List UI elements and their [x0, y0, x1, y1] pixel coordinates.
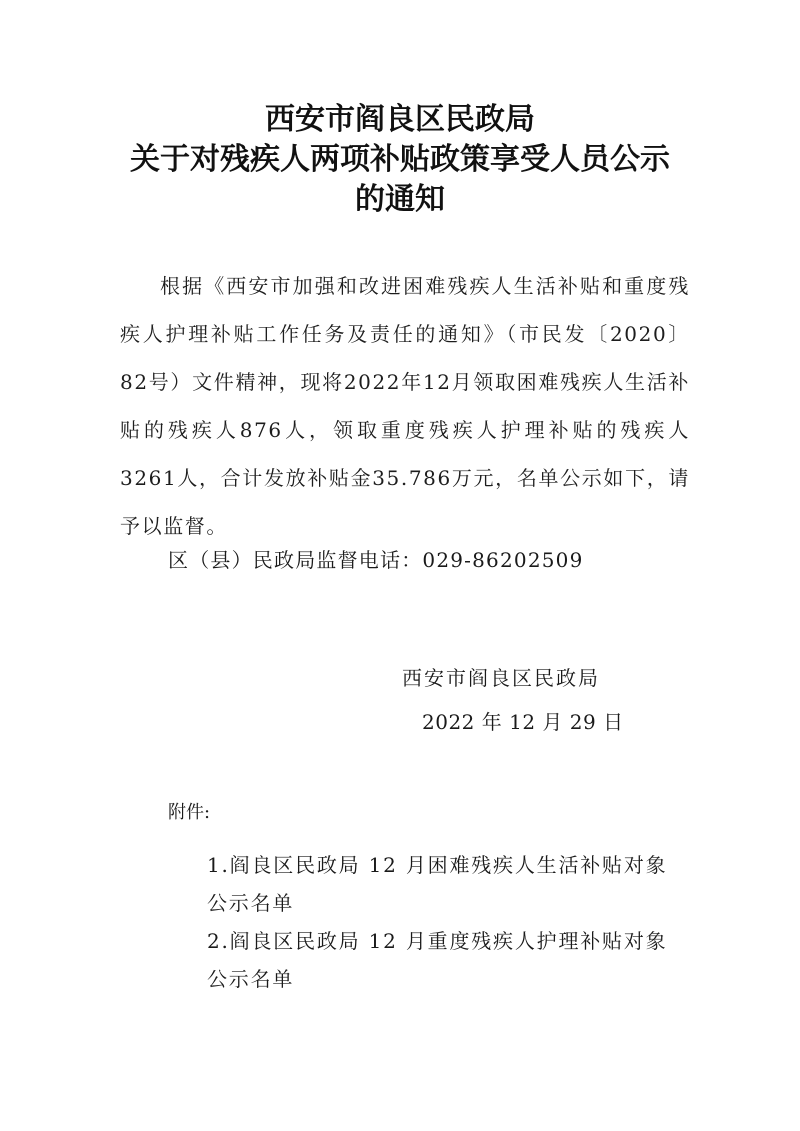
signature-block: 西安市阎良区民政局 2022 年 12 月 29 日	[402, 656, 624, 744]
title-line-suffix: 的通知	[0, 180, 800, 220]
document-body: 根据《西安市加强和改进困难残疾人生活补贴和重度残疾人护理补贴工作任务及责任的通知…	[120, 262, 690, 550]
attachments-label: 附件:	[168, 798, 210, 828]
title-line-subject: 关于对残疾人两项补贴政策享受人员公示	[0, 140, 800, 180]
signature-organization: 西安市阎良区民政局	[402, 656, 624, 700]
signature-date: 2022 年 12 月 29 日	[402, 700, 624, 744]
supervision-phone-line: 区（县）民政局监督电话：029-86202509	[168, 540, 584, 580]
attachment-item: 1.阎良区民政局 12 月困难残疾人生活补贴对象公示名单	[207, 846, 677, 922]
attachments-list: 1.阎良区民政局 12 月困难残疾人生活补贴对象公示名单 2.阎良区民政局 12…	[207, 846, 677, 998]
document-title: 西安市阎良区民政局 关于对残疾人两项补贴政策享受人员公示 的通知	[0, 100, 800, 220]
title-line-organization: 西安市阎良区民政局	[0, 100, 800, 140]
attachment-item: 2.阎良区民政局 12 月重度残疾人护理补贴对象公示名单	[207, 922, 677, 998]
body-paragraph: 根据《西安市加强和改进困难残疾人生活补贴和重度残疾人护理补贴工作任务及责任的通知…	[120, 262, 690, 550]
